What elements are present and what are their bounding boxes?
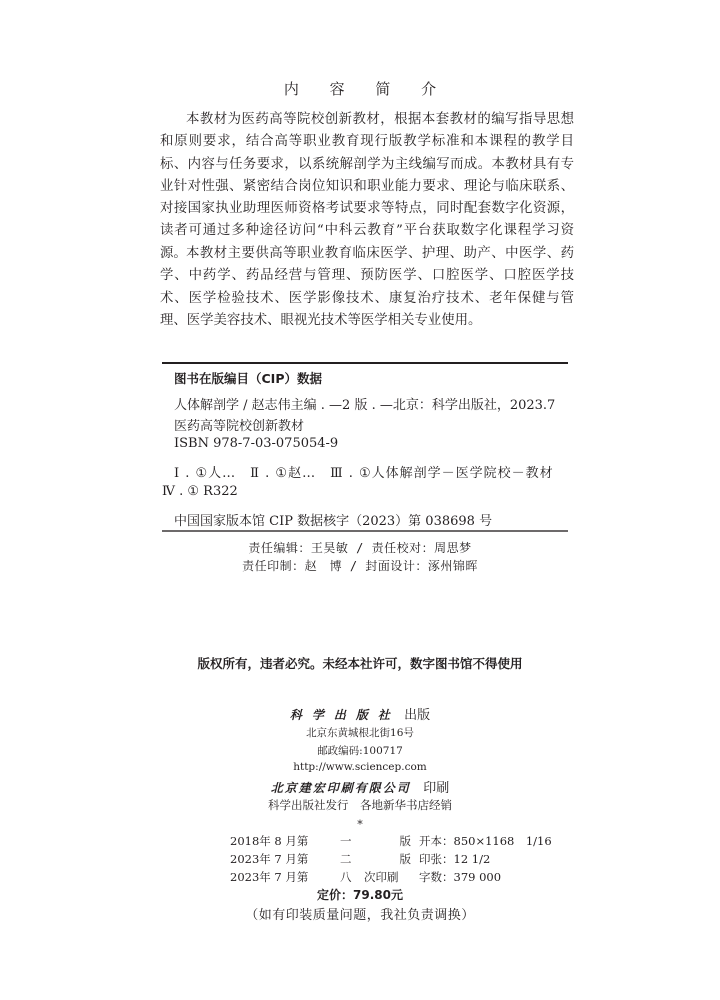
edition-number: 一 <box>340 833 376 849</box>
publisher-address: 北京东黄城根北街16号 <box>0 725 720 740</box>
edition-number: 八 <box>340 869 364 885</box>
printer-suffix: 印刷 <box>423 781 449 796</box>
cip-bottom-rule <box>162 530 568 532</box>
edition-date: 2023年 7 月第 <box>230 869 340 885</box>
edition-date: 2023年 7 月第 <box>230 851 340 867</box>
separator-star: * <box>0 818 720 831</box>
cip-line-isbn: ISBN 978-7-03-075054-9 <box>174 436 338 451</box>
staff-editors: 责任编辑：王昊敏 / 责任校对：周思梦 <box>0 539 720 556</box>
publisher-name: 科学出版社 <box>290 708 400 722</box>
edition-spec: 字数：379 000 <box>419 869 501 885</box>
edition-row: 2023年 7 月第八次印刷字数：379 000 <box>230 869 501 885</box>
publisher-url: http://www.sciencep.com <box>0 761 720 773</box>
edition-number: 二 <box>340 851 376 867</box>
printer-line: 北京建宏印刷有限公司 印刷 <box>0 777 720 796</box>
intro-paragraph-1: 本教材为医药高等院校创新教材，根据本套教材的编写指导思想和原则要求，结合高等职业… <box>160 109 574 265</box>
edition-spec: 印张：12 1/2 <box>419 851 490 867</box>
edition-spec: 开本：850×1168 1/16 <box>419 833 552 849</box>
cip-line-title: 人体解剖学 / 赵志伟主编 . —2 版 . —北京：科学出版社，2023.7 <box>174 394 555 413</box>
cip-top-rule <box>162 362 568 364</box>
cip-line-subjects: Ⅰ . ①人… Ⅱ . ①赵… Ⅲ . ①人体解剖学－医学院校－教材 <box>174 462 554 481</box>
cip-line-series: 医药高等院校创新教材 <box>174 415 304 434</box>
edition-type: 版 <box>376 833 419 849</box>
edition-type: 版 <box>376 851 419 867</box>
cip-heading: 图书在版编目（CIP）数据 <box>174 369 322 387</box>
quality-note: （如有印装质量问题，我社负责调换） <box>0 904 720 923</box>
page-title: 内 容 简 介 <box>0 78 720 99</box>
publisher-suffix: 出版 <box>404 708 430 723</box>
price: 定价：79.80元 <box>0 886 720 903</box>
publisher-line: 科学出版社 出版 <box>0 704 720 723</box>
publisher-postcode: 邮政编码:100717 <box>0 743 720 758</box>
edition-row: 2018年 8 月第一版开本：850×1168 1/16 <box>230 833 552 849</box>
edition-date: 2018年 8 月第 <box>230 833 340 849</box>
cip-line-record-number: 中国国家版本馆 CIP 数据核字（2023）第 038698 号 <box>174 510 492 529</box>
cip-line-classification: Ⅳ . ① R322 <box>162 484 238 499</box>
distribution-line: 科学出版社发行 各地新华书店经销 <box>0 797 720 813</box>
staff-production: 责任印制：赵 博 / 封面设计：涿州锦晖 <box>0 557 720 574</box>
edition-type: 次印刷 <box>364 869 419 885</box>
edition-row: 2023年 7 月第二版印张：12 1/2 <box>230 851 490 867</box>
copyright-notice: 版权所有，违者必究。未经本社许可，数字图书馆不得使用 <box>0 654 720 672</box>
intro-paragraph-2: 本教材主要供高等职业教育临床医学、护理、助产、中医学、药学、中药学、药品经营与管… <box>160 243 574 332</box>
printer-name: 北京建宏印刷有限公司 <box>271 781 411 795</box>
